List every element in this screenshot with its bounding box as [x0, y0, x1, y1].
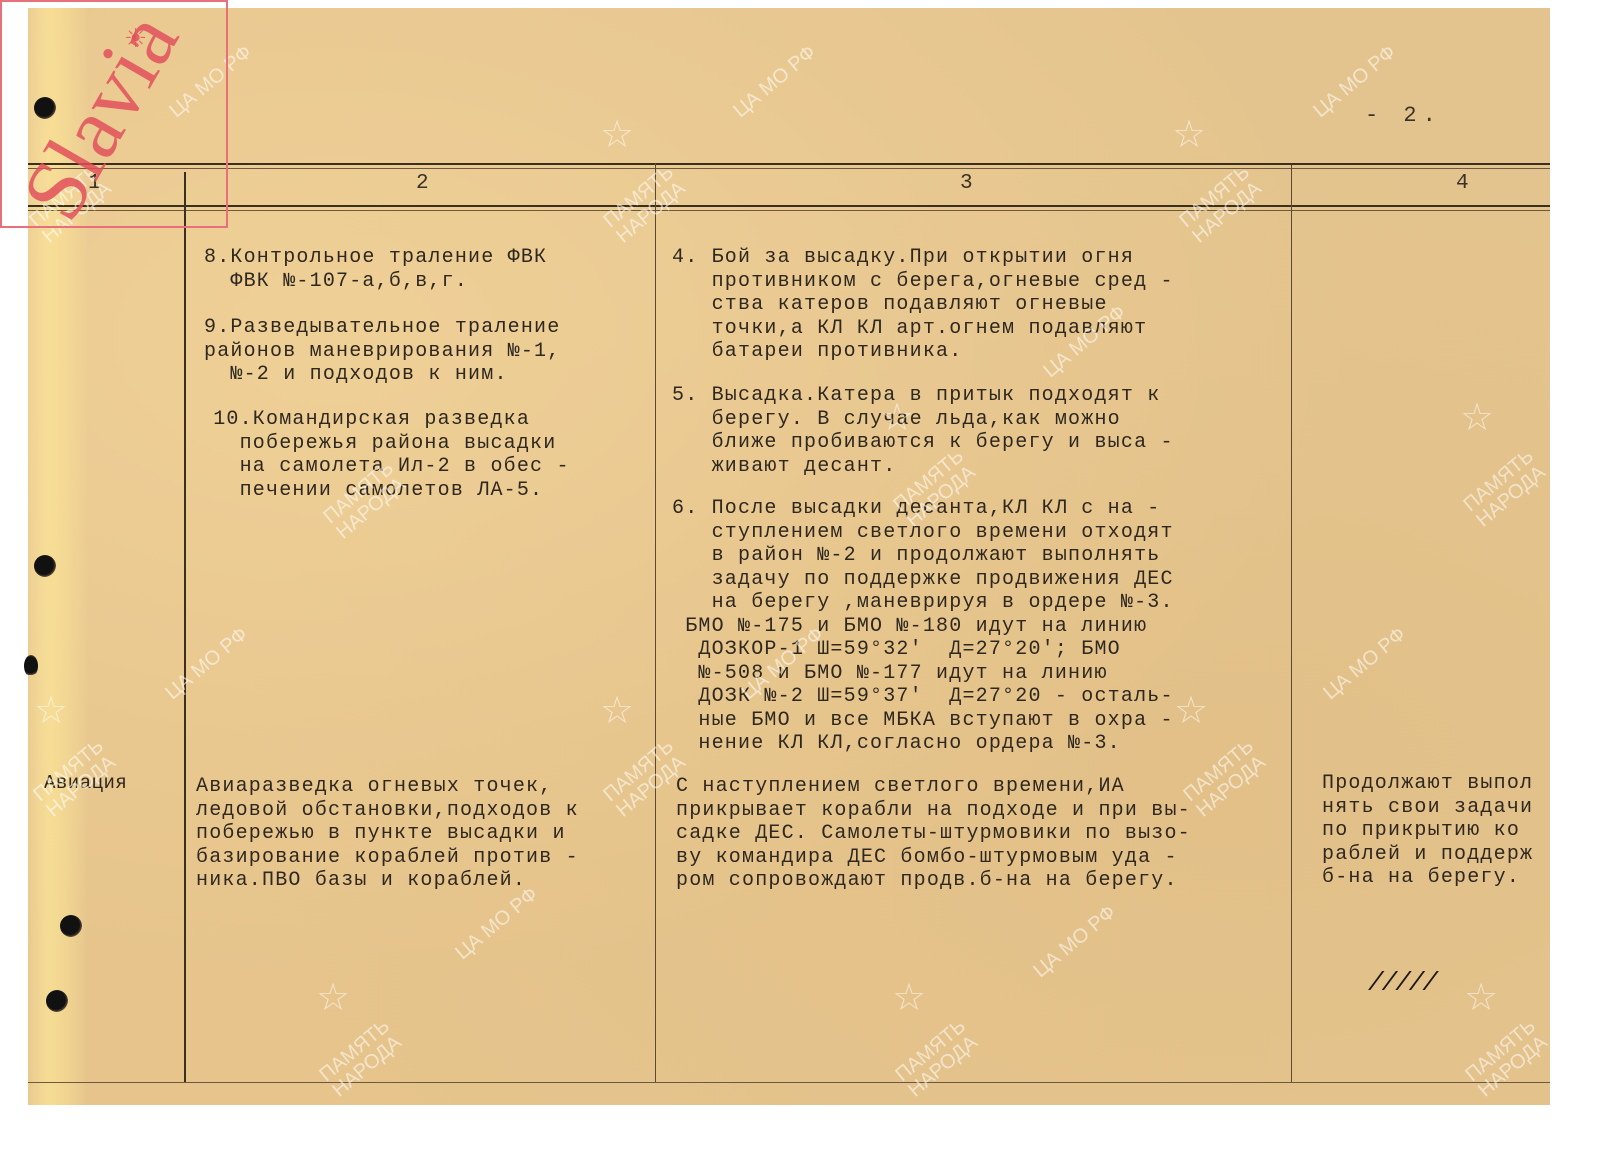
row1-col2-item-9: 9.Разведывательное траление районов мане…	[204, 316, 560, 387]
row2-col4-text: Продолжают выпол нять свои задачи по при…	[1322, 772, 1550, 890]
row1-col2-item-8: 8.Контрольное траление ФВК ФВК №-107-а,б…	[204, 246, 547, 293]
column-header-3: 3	[960, 172, 973, 195]
column-divider-2	[655, 163, 656, 1082]
table-bottom-rule	[28, 1082, 1550, 1083]
row1-col3-item-5: 5. Высадка.Катера в притык подходят к бе…	[672, 384, 1174, 478]
punch-hole	[60, 915, 82, 937]
punch-hole	[34, 555, 56, 577]
table-header-top-rule-2	[28, 168, 1550, 169]
table-header-bottom-rule	[28, 205, 1550, 207]
table-header-top-rule	[28, 163, 1550, 165]
table-header-bottom-rule-2	[28, 210, 1550, 211]
end-of-text-mark: /////	[1368, 968, 1436, 998]
column-header-4: 4	[1456, 172, 1469, 195]
row1-col2-item-10: 10.Командирская разведка побережья район…	[200, 408, 570, 502]
row2-col2-text: Авиаразведка огневых точек, ледовой обст…	[196, 775, 579, 893]
column-divider-3	[1291, 165, 1292, 1082]
column-divider-1	[184, 172, 186, 1082]
column-header-2: 2	[416, 172, 429, 195]
punch-hole	[24, 655, 38, 677]
punch-hole	[46, 990, 68, 1012]
row1-col3-item-4: 4. Бой за высадку.При открытии огня прот…	[672, 246, 1174, 364]
row1-col3-item-6: 6. После высадки десанта,КЛ КЛ с на - ст…	[672, 497, 1174, 756]
row2-col3-text: С наступлением светлого времени,ИА прикр…	[676, 775, 1191, 893]
page-number: - 2.	[1365, 103, 1442, 128]
row-label-aviation: Авиация	[44, 772, 127, 794]
